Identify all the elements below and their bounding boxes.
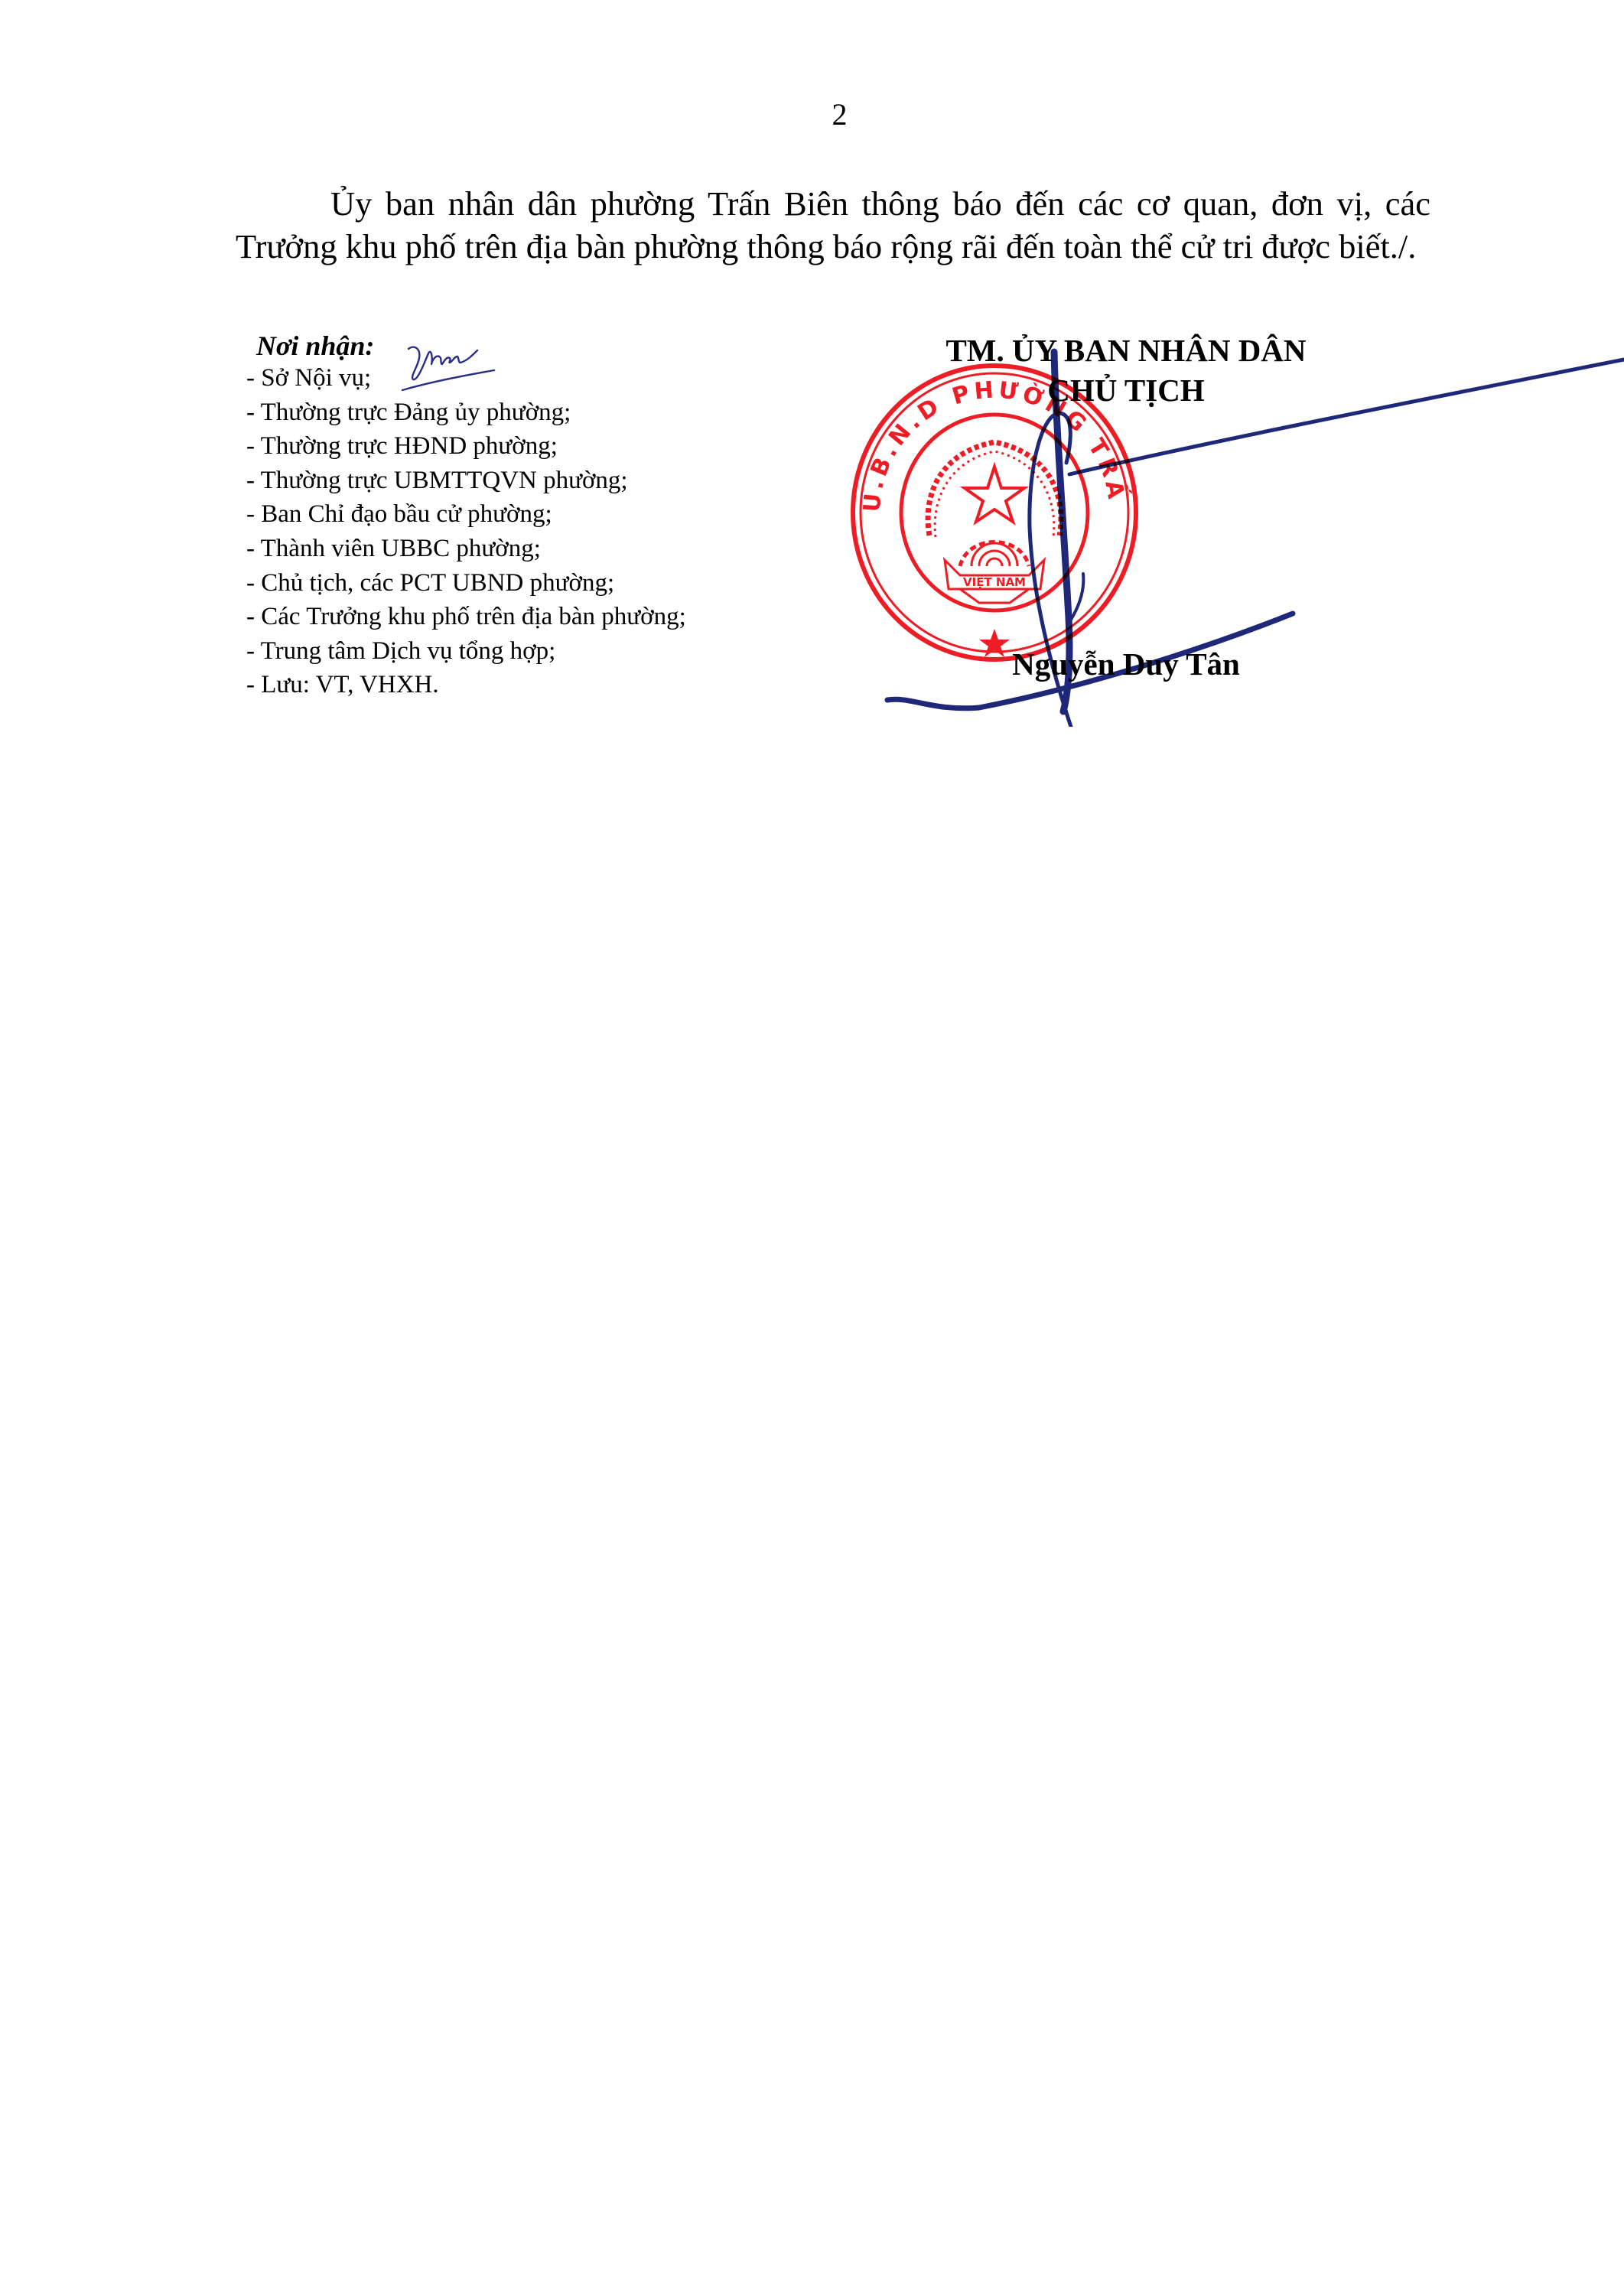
recipient-item: - Sở Nội vụ; [246, 361, 797, 396]
initial-signature-icon [398, 337, 505, 398]
recipient-item: - Thường trực HĐND phường; [246, 429, 797, 464]
signature-block: TM. ỦY BAN NHÂN DÂN CHỦ TỊCH Nguyễn Duy … [872, 330, 1380, 410]
recipients-block: Nơi nhận: - Sở Nội vụ; - Thường trực Đản… [246, 330, 797, 702]
body-paragraph: Ủy ban nhân dân phường Trấn Biên thông b… [236, 182, 1430, 268]
seal-ribbon-text: VIỆT NAM [963, 574, 1026, 589]
page-number: 2 [0, 98, 1624, 132]
recipient-item: - Chủ tịch, các PCT UBND phường; [246, 566, 797, 601]
recipients-list: - Sở Nội vụ; - Thường trực Đảng ủy phườn… [246, 361, 797, 702]
recipient-item: - Thành viên UBBC phường; [246, 532, 797, 566]
recipient-item: - Trung tâm Dịch vụ tổng hợp; [246, 634, 797, 669]
signature-title: CHỦ TỊCH [872, 370, 1380, 410]
recipient-item: - Lưu: VT, VHXH. [246, 668, 797, 702]
recipient-item: - Ban Chỉ đạo bầu cử phường; [246, 497, 797, 532]
recipients-heading: Nơi nhận: [256, 330, 797, 361]
recipient-item: - Thường trực UBMTTQVN phường; [246, 464, 797, 498]
recipient-item: - Các Trưởng khu phố trên địa bàn phường… [246, 600, 797, 634]
recipient-item: - Thường trực Đảng ủy phường; [246, 396, 797, 430]
signer-name: Nguyễn Duy Tân [872, 644, 1380, 684]
signature-organization: TM. ỦY BAN NHÂN DÂN [872, 330, 1380, 370]
